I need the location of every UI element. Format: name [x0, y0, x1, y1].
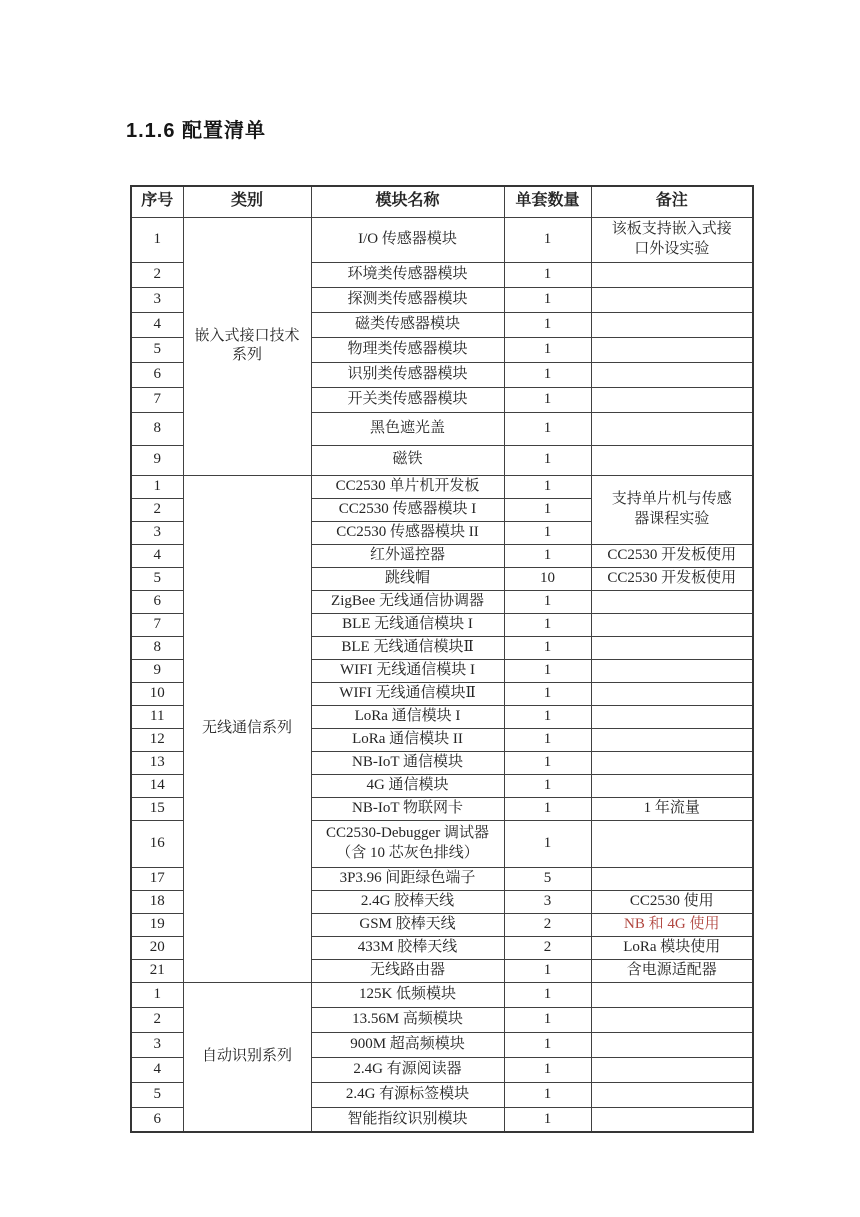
cell-remark — [591, 1032, 753, 1057]
cell-quantity: 1 — [504, 590, 591, 613]
cell-quantity: 1 — [504, 1107, 591, 1132]
cell-quantity: 1 — [504, 412, 591, 445]
cell-quantity: 1 — [504, 287, 591, 312]
cell-serial: 17 — [131, 867, 183, 890]
cell-serial: 19 — [131, 913, 183, 936]
cell-quantity: 1 — [504, 1057, 591, 1082]
cell-remark — [591, 362, 753, 387]
cell-quantity: 1 — [504, 959, 591, 982]
cell-quantity: 1 — [504, 217, 591, 262]
cell-serial: 6 — [131, 1107, 183, 1132]
cell-quantity: 1 — [504, 751, 591, 774]
cell-serial: 2 — [131, 498, 183, 521]
cell-remark — [591, 445, 753, 475]
cell-serial: 9 — [131, 445, 183, 475]
cell-remark — [591, 337, 753, 362]
cell-serial: 20 — [131, 936, 183, 959]
cell-quantity: 1 — [504, 1007, 591, 1032]
cell-module-name: 智能指纹识别模块 — [311, 1107, 504, 1132]
cell-remark — [591, 705, 753, 728]
cell-module-name: 2.4G 胶棒天线 — [311, 890, 504, 913]
cell-quantity: 1 — [504, 728, 591, 751]
cell-serial: 3 — [131, 1032, 183, 1057]
table-body: 1嵌入式接口技术 系列I/O 传感器模块1该板支持嵌入式接 口外设实验2环境类传… — [131, 217, 753, 1132]
cell-serial: 13 — [131, 751, 183, 774]
cell-serial: 7 — [131, 613, 183, 636]
cell-remark: CC2530 使用 — [591, 890, 753, 913]
cell-remark: 1 年流量 — [591, 797, 753, 820]
cell-serial: 1 — [131, 475, 183, 498]
cell-module-name: 无线路由器 — [311, 959, 504, 982]
header-cell-serial: 序号 — [131, 186, 183, 217]
header-cell-category: 类别 — [183, 186, 311, 217]
cell-remark — [591, 774, 753, 797]
cell-remark: NB 和 4G 使用 — [591, 913, 753, 936]
cell-module-name: 识别类传感器模块 — [311, 362, 504, 387]
table-row: 1自动识别系列125K 低频模块1 — [131, 982, 753, 1007]
cell-module-name: CC2530 传感器模块 II — [311, 521, 504, 544]
cell-serial: 4 — [131, 1057, 183, 1082]
cell-remark: CC2530 开发板使用 — [591, 544, 753, 567]
cell-category: 嵌入式接口技术 系列 — [183, 217, 311, 475]
header-cell-remark: 备注 — [591, 186, 753, 217]
cell-quantity: 1 — [504, 797, 591, 820]
header-cell-quantity: 单套数量 — [504, 186, 591, 217]
cell-serial: 5 — [131, 567, 183, 590]
cell-remark: 支持单片机与传感 器课程实验 — [591, 475, 753, 544]
cell-module-name: 磁类传感器模块 — [311, 312, 504, 337]
cell-serial: 5 — [131, 1082, 183, 1107]
cell-serial: 1 — [131, 982, 183, 1007]
cell-module-name: WIFI 无线通信模块 I — [311, 659, 504, 682]
cell-serial: 21 — [131, 959, 183, 982]
cell-remark — [591, 312, 753, 337]
cell-category: 无线通信系列 — [183, 475, 311, 982]
cell-serial: 8 — [131, 636, 183, 659]
cell-serial: 2 — [131, 1007, 183, 1032]
cell-remark — [591, 636, 753, 659]
cell-remark: CC2530 开发板使用 — [591, 567, 753, 590]
cell-module-name: 900M 超高频模块 — [311, 1032, 504, 1057]
table-row: 1嵌入式接口技术 系列I/O 传感器模块1该板支持嵌入式接 口外设实验 — [131, 217, 753, 262]
cell-remark — [591, 820, 753, 867]
cell-quantity: 1 — [504, 774, 591, 797]
cell-serial: 16 — [131, 820, 183, 867]
cell-quantity: 1 — [504, 1082, 591, 1107]
cell-module-name: 跳线帽 — [311, 567, 504, 590]
cell-remark — [591, 613, 753, 636]
cell-serial: 3 — [131, 287, 183, 312]
cell-module-name: 环境类传感器模块 — [311, 262, 504, 287]
cell-module-name: GSM 胶棒天线 — [311, 913, 504, 936]
cell-remark — [591, 659, 753, 682]
cell-serial: 6 — [131, 362, 183, 387]
cell-serial: 18 — [131, 890, 183, 913]
cell-remark — [591, 412, 753, 445]
cell-module-name: NB-IoT 物联网卡 — [311, 797, 504, 820]
cell-remark: LoRa 模块使用 — [591, 936, 753, 959]
cell-remark — [591, 1082, 753, 1107]
config-table: 序号 类别 模块名称 单套数量 备注 1嵌入式接口技术 系列I/O 传感器模块1… — [130, 185, 754, 1133]
cell-remark — [591, 751, 753, 774]
cell-quantity: 1 — [504, 312, 591, 337]
cell-quantity: 1 — [504, 262, 591, 287]
cell-serial: 15 — [131, 797, 183, 820]
cell-module-name: I/O 传感器模块 — [311, 217, 504, 262]
cell-serial: 8 — [131, 412, 183, 445]
cell-quantity: 10 — [504, 567, 591, 590]
cell-module-name: 黑色遮光盖 — [311, 412, 504, 445]
cell-quantity: 2 — [504, 913, 591, 936]
cell-remark — [591, 1107, 753, 1132]
cell-module-name: 开关类传感器模块 — [311, 387, 504, 412]
cell-module-name: 4G 通信模块 — [311, 774, 504, 797]
cell-remark — [591, 287, 753, 312]
cell-module-name: 探测类传感器模块 — [311, 287, 504, 312]
cell-remark — [591, 387, 753, 412]
cell-quantity: 1 — [504, 1032, 591, 1057]
cell-serial: 2 — [131, 262, 183, 287]
cell-serial: 3 — [131, 521, 183, 544]
cell-remark — [591, 682, 753, 705]
cell-remark — [591, 590, 753, 613]
cell-module-name: 红外遥控器 — [311, 544, 504, 567]
cell-quantity: 1 — [504, 636, 591, 659]
cell-quantity: 1 — [504, 659, 591, 682]
cell-remark — [591, 728, 753, 751]
cell-serial: 14 — [131, 774, 183, 797]
cell-module-name: LoRa 通信模块 I — [311, 705, 504, 728]
cell-module-name: BLE 无线通信模块 I — [311, 613, 504, 636]
cell-module-name: 433M 胶棒天线 — [311, 936, 504, 959]
cell-category: 自动识别系列 — [183, 982, 311, 1132]
cell-module-name: CC2530-Debugger 调试器 （含 10 芯灰色排线） — [311, 820, 504, 867]
cell-module-name: 13.56M 高频模块 — [311, 1007, 504, 1032]
cell-remark — [591, 262, 753, 287]
cell-quantity: 1 — [504, 820, 591, 867]
header-cell-module-name: 模块名称 — [311, 186, 504, 217]
cell-serial: 12 — [131, 728, 183, 751]
cell-module-name: BLE 无线通信模块Ⅱ — [311, 636, 504, 659]
cell-quantity: 1 — [504, 521, 591, 544]
cell-quantity: 1 — [504, 613, 591, 636]
cell-serial: 11 — [131, 705, 183, 728]
cell-quantity: 1 — [504, 544, 591, 567]
header-row: 序号 类别 模块名称 单套数量 备注 — [131, 186, 753, 217]
cell-quantity: 3 — [504, 890, 591, 913]
cell-quantity: 1 — [504, 445, 591, 475]
cell-module-name: ZigBee 无线通信协调器 — [311, 590, 504, 613]
cell-quantity: 1 — [504, 475, 591, 498]
cell-remark — [591, 867, 753, 890]
cell-serial: 6 — [131, 590, 183, 613]
table-row: 1无线通信系列CC2530 单片机开发板1支持单片机与传感 器课程实验 — [131, 475, 753, 498]
table-header: 序号 类别 模块名称 单套数量 备注 — [131, 186, 753, 217]
cell-quantity: 1 — [504, 337, 591, 362]
cell-remark: 含电源适配器 — [591, 959, 753, 982]
cell-serial: 7 — [131, 387, 183, 412]
cell-module-name: CC2530 传感器模块 I — [311, 498, 504, 521]
page-title: 1.1.6 配置清单 — [126, 114, 266, 143]
cell-quantity: 1 — [504, 682, 591, 705]
cell-module-name: 3P3.96 间距绿色端子 — [311, 867, 504, 890]
cell-quantity: 1 — [504, 705, 591, 728]
cell-module-name: 磁铁 — [311, 445, 504, 475]
cell-serial: 5 — [131, 337, 183, 362]
cell-quantity: 5 — [504, 867, 591, 890]
cell-quantity: 2 — [504, 936, 591, 959]
document-page: 1.1.6 配置清单 序号 类别 模块名称 单套数量 备注 1嵌入式接口技术 系… — [0, 0, 860, 1217]
cell-quantity: 1 — [504, 387, 591, 412]
cell-quantity: 1 — [504, 982, 591, 1007]
cell-remark — [591, 982, 753, 1007]
cell-module-name: 2.4G 有源标签模块 — [311, 1082, 504, 1107]
cell-serial: 4 — [131, 312, 183, 337]
cell-serial: 10 — [131, 682, 183, 705]
cell-module-name: WIFI 无线通信模块Ⅱ — [311, 682, 504, 705]
cell-module-name: 125K 低频模块 — [311, 982, 504, 1007]
cell-module-name: CC2530 单片机开发板 — [311, 475, 504, 498]
cell-module-name: 2.4G 有源阅读器 — [311, 1057, 504, 1082]
cell-remark: 该板支持嵌入式接 口外设实验 — [591, 217, 753, 262]
cell-module-name: 物理类传感器模块 — [311, 337, 504, 362]
cell-serial: 9 — [131, 659, 183, 682]
cell-serial: 1 — [131, 217, 183, 262]
cell-module-name: NB-IoT 通信模块 — [311, 751, 504, 774]
cell-quantity: 1 — [504, 362, 591, 387]
cell-remark — [591, 1007, 753, 1032]
cell-remark — [591, 1057, 753, 1082]
cell-quantity: 1 — [504, 498, 591, 521]
cell-module-name: LoRa 通信模块 II — [311, 728, 504, 751]
cell-serial: 4 — [131, 544, 183, 567]
